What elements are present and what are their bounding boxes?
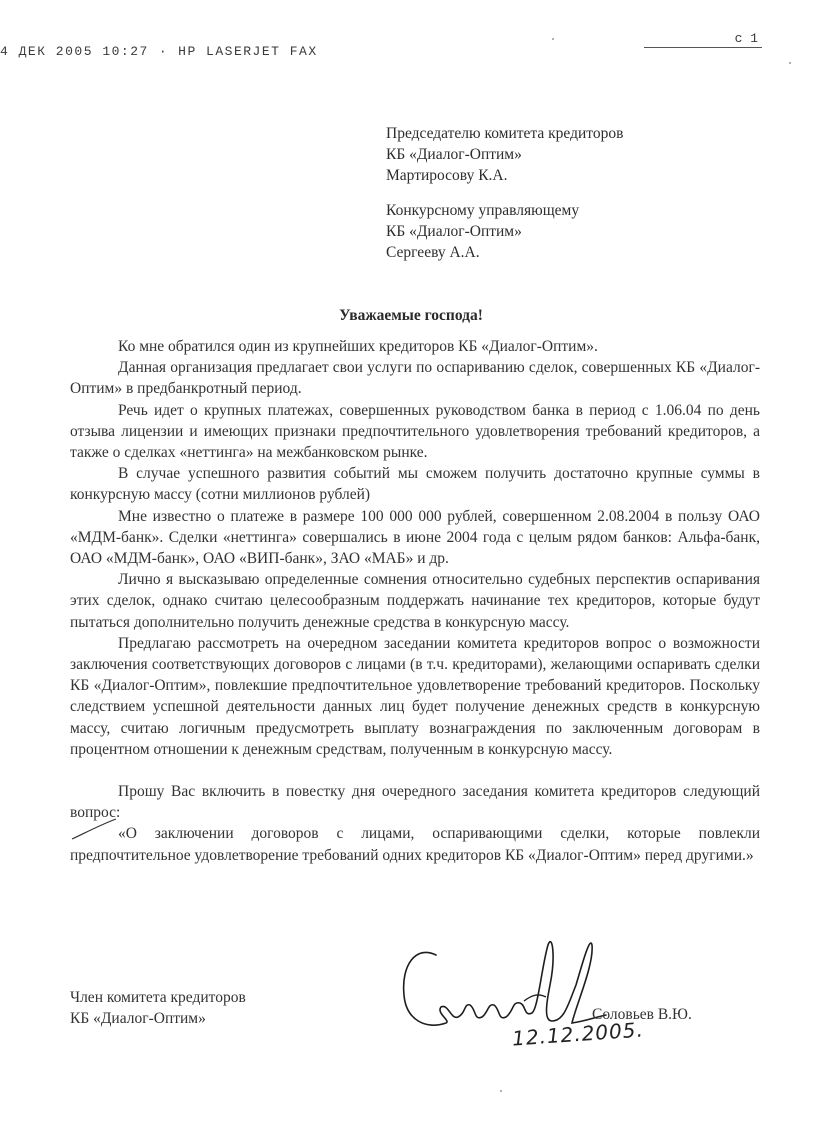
page-mark-rule xyxy=(644,47,762,48)
fax-datetime: 4 ДЕК 2005 10:27 xyxy=(0,44,149,59)
scan-speck xyxy=(789,62,791,64)
request-intro: Прошу Вас включить в повестку дня очеред… xyxy=(70,781,760,823)
paragraph: Ко мне обратился один из крупнейших кред… xyxy=(70,336,760,357)
paragraph: Лично я высказываю определенные сомнения… xyxy=(70,569,760,633)
addressee-line: КБ «Диалог-Оптим» xyxy=(386,144,623,165)
request-question: «О заключении договоров с лицами, оспари… xyxy=(70,823,760,865)
fax-device: HP LASERJET FAX xyxy=(178,44,318,59)
signer-name: Соловьев В.Ю. xyxy=(592,1006,692,1024)
paragraph: Мне известно о платеже в размере 100 000… xyxy=(70,506,760,570)
addressee-line: КБ «Диалог-Оптим» xyxy=(386,221,579,242)
paragraph: В случае успешного развития событий мы с… xyxy=(70,463,760,505)
letter-body: Ко мне обратился один из крупнейших кред… xyxy=(70,336,760,866)
request-question-text: «О заключении договоров с лицами, оспари… xyxy=(70,825,760,863)
addressee-chairman: Председателю комитета кредиторов КБ «Диа… xyxy=(386,123,623,186)
paragraph: Речь идет о крупных платежах, совершенны… xyxy=(70,400,760,464)
paragraph: Предлагаю рассмотреть на очередном засед… xyxy=(70,633,760,760)
salutation: Уважаемые господа! xyxy=(0,307,822,325)
addressee-line: Председателю комитета кредиторов xyxy=(386,123,623,144)
page-mark: с 1 xyxy=(640,31,764,46)
pen-mark-icon xyxy=(70,813,120,843)
scan-speck xyxy=(500,1090,502,1092)
paragraph: Данная организация предлагает свои услуг… xyxy=(70,357,760,399)
addressee-line: Мартиросову К.А. xyxy=(386,165,623,186)
addressee-line: Сергееву А.А. xyxy=(386,242,579,263)
signer-position: Член комитета кредиторов КБ «Диалог-Опти… xyxy=(70,987,246,1029)
signer-position-line: Член комитета кредиторов xyxy=(70,987,246,1008)
scan-speck xyxy=(552,38,554,40)
signer-position-line: КБ «Диалог-Оптим» xyxy=(70,1008,246,1029)
addressee-manager: Конкурсному управляющему КБ «Диалог-Опти… xyxy=(386,200,579,263)
fax-header: 4 ДЕК 2005 10:27·HP LASERJET FAX xyxy=(0,44,318,59)
addressee-line: Конкурсному управляющему xyxy=(386,200,579,221)
